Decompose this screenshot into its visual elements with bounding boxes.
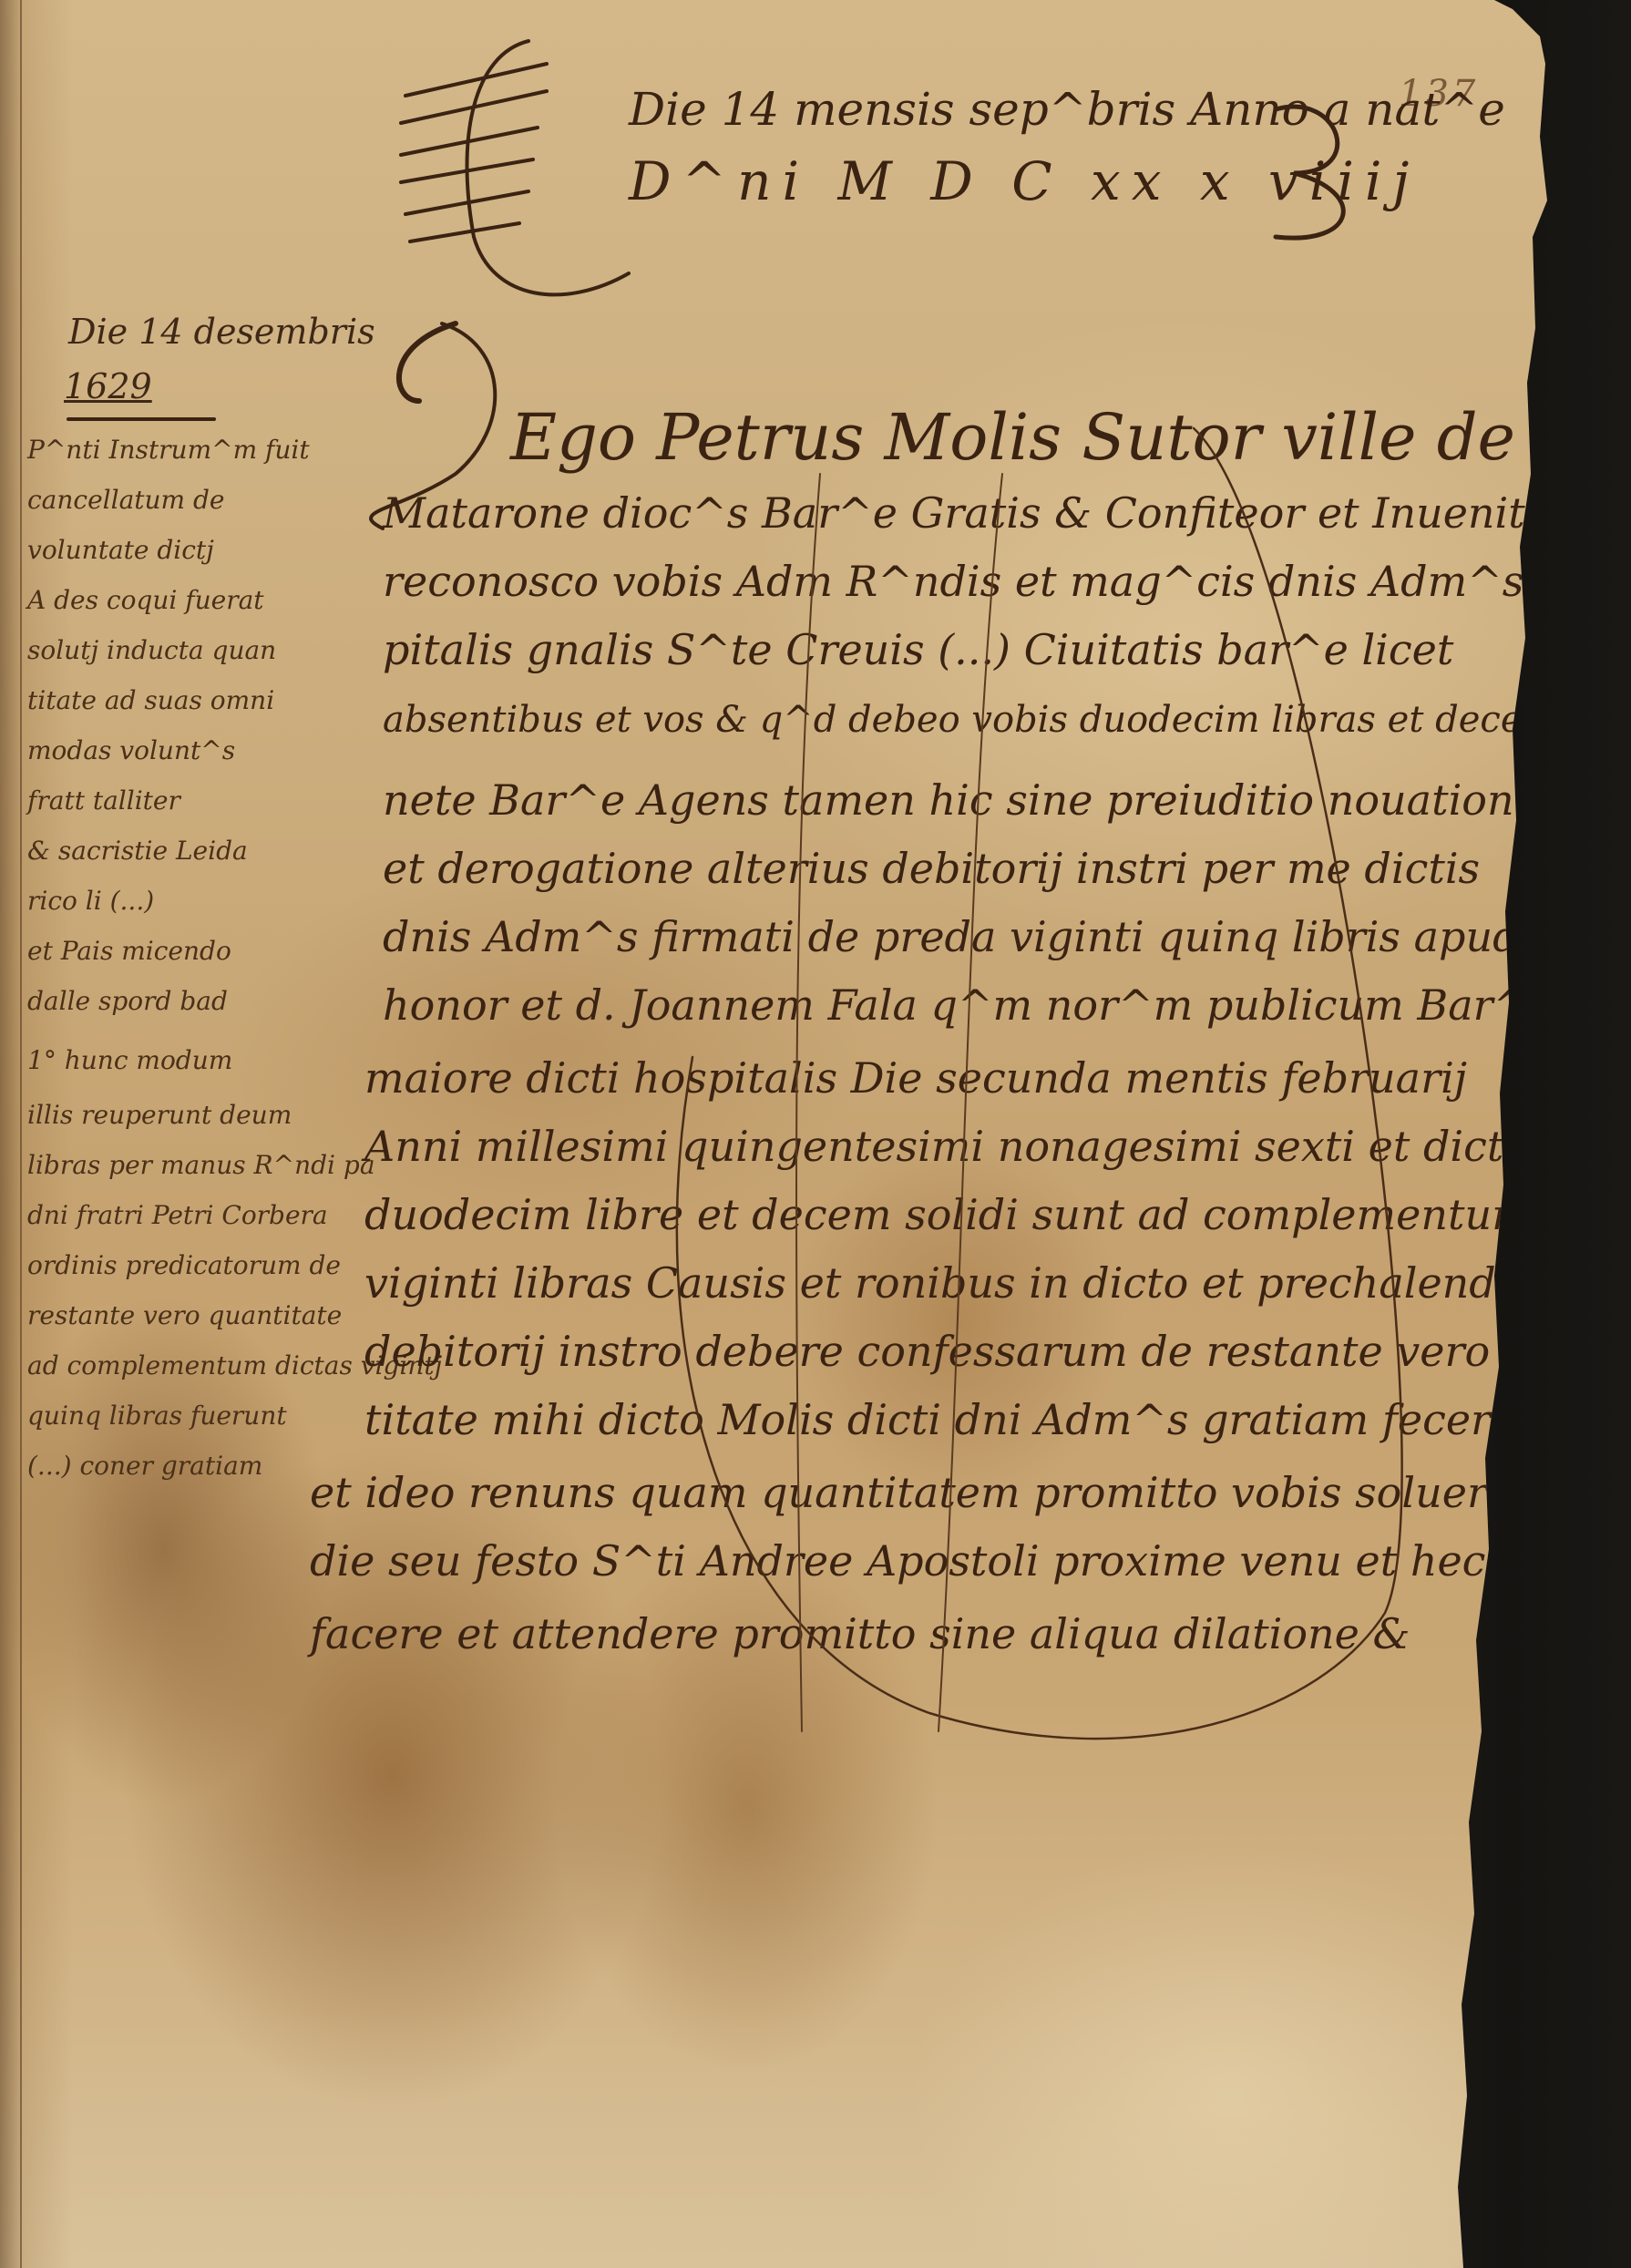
heading-line-1: Die 14 mensis sep^bris Anno a nat^e	[629, 87, 1505, 132]
margin-year: 1629	[64, 369, 152, 404]
body-line: Anni millesimi quingentesimi nonagesimi …	[364, 1125, 1529, 1167]
margin-note-line: illis reuperunt deum	[27, 1103, 292, 1128]
margin-note-line: ordinis predicatorum de	[27, 1253, 341, 1278]
body-line: Ego Petrus Molis Sutor ville de	[510, 405, 1515, 469]
margin-note-line: & sacristie Leida	[27, 838, 248, 864]
margin-note-line: et Pais micendo	[27, 939, 231, 964]
body-line: et ideo renuns quam quantitatem promitto…	[310, 1472, 1512, 1514]
margin-note-line: solutj inducta quan	[27, 638, 276, 663]
margin-note-line: 1° hunc modum	[27, 1048, 232, 1073]
body-line: facere et attendere promitto sine aliqua…	[310, 1613, 1410, 1655]
body-line: Matarone dioc^s Bar^e Gratis & Confiteor…	[383, 492, 1592, 534]
margin-note-line: voluntate dictj	[27, 538, 214, 563]
margin-note-line: fratt talliter	[27, 788, 180, 814]
body-line: maiore dicti hospitalis Die secunda ment…	[364, 1057, 1467, 1099]
margin-note-line: P^nti Instrum^m fuit	[27, 437, 310, 463]
margin-note-line: quinq libras fuerunt	[27, 1403, 287, 1429]
manuscript-scan: 137 Die 14 mensis sep^bris Anno a nat^e …	[0, 0, 1631, 2268]
margin-note-line: libras per manus R^ndi pa	[27, 1153, 375, 1178]
binding-gutter	[0, 0, 73, 2268]
manuscript-page: 137 Die 14 mensis sep^bris Anno a nat^e …	[0, 0, 1549, 2268]
margin-note-line: (...) coner gratiam	[27, 1453, 262, 1479]
heading-line-2: D^ni M D C xx x viiij	[629, 155, 1420, 208]
body-line: viginti libras Causis et ronibus in dict…	[364, 1262, 1563, 1304]
margin-note-line: dni fratri Petri Corbera	[27, 1203, 328, 1228]
margin-note-line: restante vero quantitate	[27, 1303, 342, 1329]
margin-note-line: A des coqui fuerat	[27, 588, 264, 613]
body-line: debitorij instro debere confessarum de r…	[364, 1330, 1609, 1372]
body-line: duodecim libre et decem solidi sunt ad c…	[364, 1194, 1631, 1236]
margin-date-line: Die 14 desembris	[68, 314, 375, 349]
margin-note-line: cancellatum de	[27, 487, 225, 513]
body-line: titate mihi dicto Molis dicti dni Adm^s …	[364, 1399, 1562, 1441]
body-line: dnis Adm^s firmati de preda viginti quin…	[383, 916, 1520, 958]
body-line: pitalis gnalis S^te Creuis (...) Ciuitat…	[383, 629, 1453, 671]
body-line: reconosco vobis Adm R^ndis et mag^cis dn…	[383, 560, 1631, 602]
body-line: et derogatione alterius debitorij instri…	[383, 847, 1480, 889]
body-line: nete Bar^e Agens tamen hic sine preiudit…	[383, 779, 1539, 821]
body-line: absentibus et vos & q^d debeo vobis duod…	[383, 702, 1631, 738]
margin-note-line: titate ad suas omni	[27, 688, 274, 713]
binding-edge	[20, 0, 22, 2268]
body-line: die seu festo S^ti Andree Apostoli proxi…	[310, 1540, 1485, 1582]
margin-note-line: dalle spord bad	[27, 989, 228, 1014]
margin-note-line: modas volunt^s	[27, 738, 235, 764]
body-line: honor et d. Joannem Fala q^m nor^m publi…	[383, 984, 1631, 1026]
margin-note-line: rico li (...)	[27, 888, 154, 914]
